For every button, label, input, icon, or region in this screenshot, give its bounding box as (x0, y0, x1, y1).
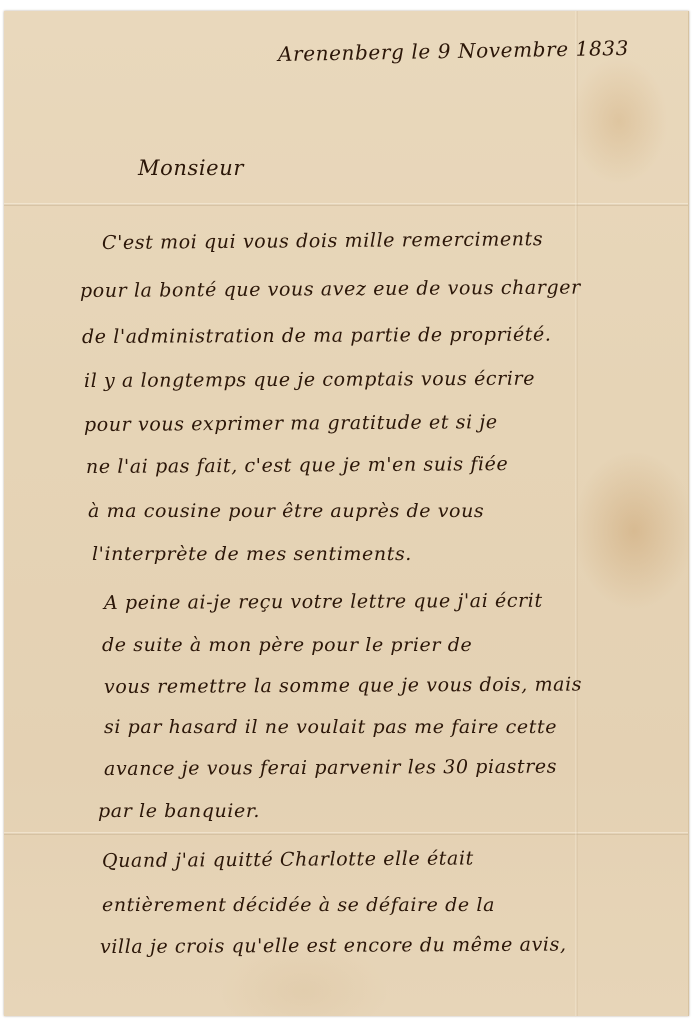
letter-line-16: entièrement décidée à se défaire de la (102, 894, 495, 916)
letter-line-3: de l'administration de ma partie de prop… (82, 324, 552, 348)
letter-line-9: A peine ai-je reçu votre lettre que j'ai… (104, 590, 543, 614)
letter-line-12: si par hasard il ne voulait pas me faire… (104, 716, 557, 738)
letter-line-10: de suite à mon père pour le prier de (102, 634, 472, 656)
letter-salutation: Monsieur (138, 156, 244, 180)
letter-line-14: par le banquier. (98, 800, 260, 822)
letter-line-2: pour la bonté que vous avez eue de vous … (80, 277, 581, 302)
fold-line-bottom (4, 832, 688, 835)
letter-line-13: avance je vous ferai parvenir les 30 pia… (104, 756, 557, 780)
letter-line-15: Quand j'ai quitté Charlotte elle était (102, 847, 474, 872)
fold-line-top (4, 203, 688, 206)
letter-line-1: C'est moi qui vous dois mille remercimen… (102, 228, 543, 254)
letter-line-4: il y a longtemps que je comptais vous éc… (84, 368, 535, 392)
fold-line-vertical (575, 11, 578, 1016)
letter-line-11: vous remettre la somme que je vous dois,… (104, 673, 582, 698)
letter-line-5: pour vous exprimer ma gratitude et si je (84, 411, 498, 436)
letter-line-17: villa je crois qu'elle est encore du mêm… (100, 934, 567, 958)
letter-line-7: à ma cousine pour être auprès de vous (88, 500, 484, 522)
letter-line-6: ne l'ai pas fait, c'est que je m'en suis… (86, 453, 508, 478)
letter-line-8: l'interprète de mes sentiments. (92, 543, 412, 565)
